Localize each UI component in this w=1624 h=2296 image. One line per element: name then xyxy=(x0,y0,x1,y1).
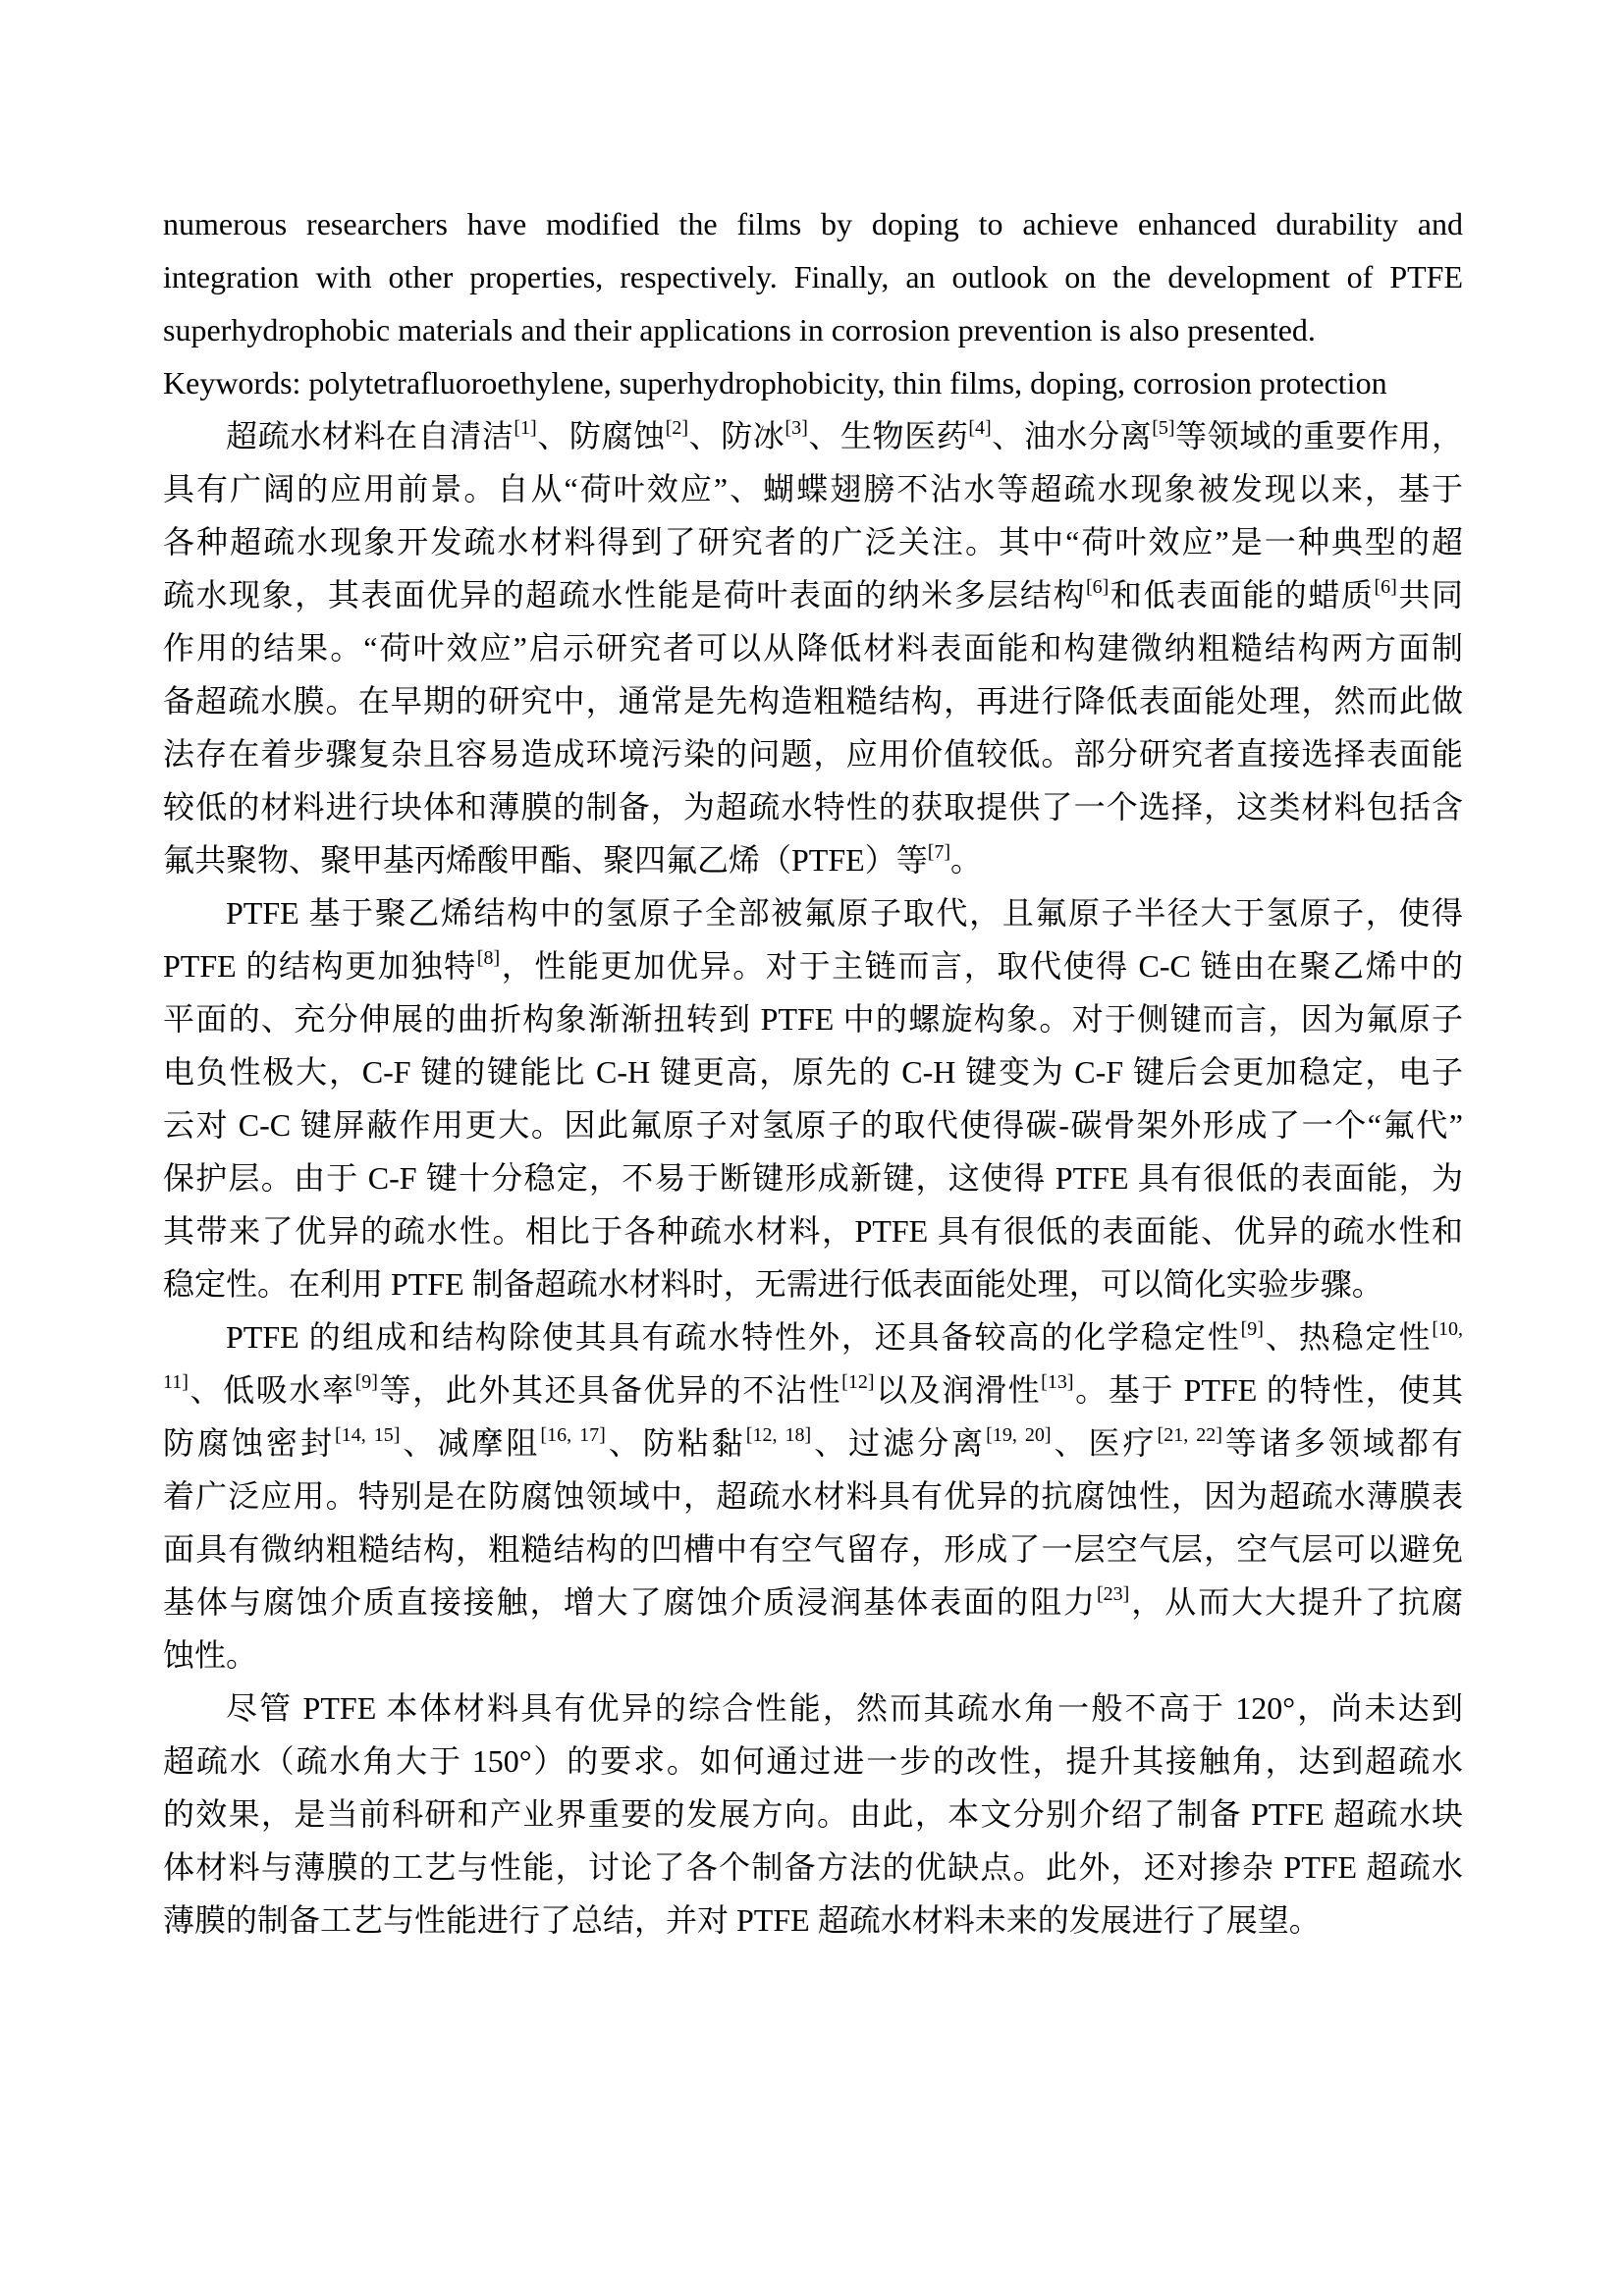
text-line: PTFE 的结构更加独特[8]，性能更加优异。对于主链而言，取代使得 C-C 链… xyxy=(163,939,1463,992)
citation-ref: [19, 20] xyxy=(986,1424,1051,1446)
text-run: 等领域的重要作用， xyxy=(1175,418,1463,454)
text-run: 备超疏水膜。在早期的研究中，通常是先构造粗糙结构，再进行降低表面能处理，然而此做 xyxy=(163,683,1463,719)
text-run: superhydrophobic materials and their app… xyxy=(163,312,1316,347)
citation-ref: [5] xyxy=(1152,417,1174,439)
text-run: 、防腐蚀 xyxy=(537,418,666,454)
text-run: 法存在着步骤复杂且容易造成环境污染的问题，应用价值较低。部分研究者直接选择表面能 xyxy=(163,736,1463,772)
text-run: 超疏水（疏水角大于 150°）的要求。如何通过进一步的改性，提升其接触角，达到超… xyxy=(163,1743,1463,1779)
ptfe-properties-paragraph: PTFE 的组成和结构除使其具有疏水特性外，还具备较高的化学稳定性[9]、热稳定… xyxy=(163,1310,1463,1682)
citation-ref: 11] xyxy=(163,1371,189,1393)
text-run: 保护层。由于 C-F 键十分稳定，不易于断键形成新键，这使得 PTFE 具有很低… xyxy=(163,1160,1463,1196)
text-line: 各种超疏水现象开发疏水材料得到了研究者的广泛关注。其中“荷叶效应”是一种典型的超 xyxy=(163,515,1463,568)
citation-ref: [1] xyxy=(514,417,536,439)
text-run: 以及润滑性 xyxy=(874,1372,1041,1408)
text-run: PTFE 的结构更加独特 xyxy=(163,948,477,984)
text-run: 的效果，是当前科研和产业界重要的发展方向。由此，本文分别介绍了制备 PTFE 超… xyxy=(163,1796,1463,1832)
text-run: 其带来了优异的疏水性。相比于各种疏水材料，PTFE 具有很低的表面能、优异的疏水… xyxy=(163,1213,1463,1249)
text-line: 稳定性。在利用 PTFE 制备超疏水材料时，无需进行低表面能处理，可以简化实验步… xyxy=(163,1257,1463,1310)
text-line: integration with other properties, respe… xyxy=(163,250,1463,303)
text-run: 体材料与薄膜的工艺与性能，讨论了各个制备方法的优缺点。此外，还对掺杂 PTFE … xyxy=(163,1849,1463,1885)
text-run: ，从而大大提升了抗腐 xyxy=(1129,1584,1463,1620)
text-run: 着广泛应用。特别是在防腐蚀领域中，超疏水材料具有优异的抗腐蚀性，因为超疏水薄膜表 xyxy=(163,1478,1463,1514)
text-run: 作用的结果。“荷叶效应”启示研究者可以从降低材料表面能和构建微纳粗糙结构两方面制 xyxy=(163,630,1463,666)
text-line: 具有广阔的应用前景。自从“荷叶效应”、蝴蝶翅膀不沾水等超疏水现象被发现以来，基于 xyxy=(163,462,1463,515)
text-run: 尽管 PTFE 本体材料具有优异的综合性能，然而其疏水角一般不高于 120°，尚… xyxy=(226,1690,1463,1726)
ptfe-structure-paragraph: PTFE 基于聚乙烯结构中的氢原子全部被氟原子取代，且氟原子半径大于氢原子，使得… xyxy=(163,886,1463,1310)
text-run: 较低的材料进行块体和薄膜的制备，为超疏水特性的获取提供了一个选择，这类材料包括含 xyxy=(163,789,1463,825)
text-line: 体材料与薄膜的工艺与性能，讨论了各个制备方法的优缺点。此外，还对掺杂 PTFE … xyxy=(163,1841,1463,1894)
text-line: 防腐蚀密封[14, 15]、减摩阻[16, 17]、防粘黏[12, 18]、过滤… xyxy=(163,1416,1463,1469)
text-run: 。基于 PTFE 的特性，使其 xyxy=(1074,1372,1463,1408)
text-line: 超疏水材料在自清洁[1]、防腐蚀[2]、防冰[3]、生物医药[4]、油水分离[5… xyxy=(163,409,1463,462)
text-run: 云对 C-C 键屏蔽作用更大。因此氟原子对氢原子的取代使得碳-碳骨架外形成了一个… xyxy=(163,1107,1463,1143)
text-run: ，性能更加优异。对于主链而言，取代使得 C-C 链由在聚乙烯中的 xyxy=(500,948,1463,984)
text-run: 、医疗 xyxy=(1052,1425,1158,1461)
text-line: superhydrophobic materials and their app… xyxy=(163,303,1463,356)
text-run: integration with other properties, respe… xyxy=(163,259,1463,294)
intro-paragraph: 超疏水材料在自清洁[1]、防腐蚀[2]、防冰[3]、生物医药[4]、油水分离[5… xyxy=(163,409,1463,886)
text-run: Keywords: polytetrafluoroethylene, super… xyxy=(163,365,1387,400)
text-run: 基体与腐蚀介质直接接触，增大了腐蚀介质浸润基体表面的阻力 xyxy=(163,1584,1097,1620)
text-run: 、防粘黏 xyxy=(606,1425,746,1461)
citation-ref: [3] xyxy=(785,417,807,439)
text-line: 的效果，是当前科研和产业界重要的发展方向。由此，本文分别介绍了制备 PTFE 超… xyxy=(163,1788,1463,1841)
citation-ref: [12] xyxy=(841,1371,874,1393)
outlook-paragraph: 尽管 PTFE 本体材料具有优异的综合性能，然而其疏水角一般不高于 120°，尚… xyxy=(163,1682,1463,1947)
text-run: 氟共聚物、聚甲基丙烯酸甲酯、聚四氟乙烯（PTFE）等 xyxy=(163,842,928,878)
citation-ref: [10, xyxy=(1432,1318,1463,1340)
text-run: 共同 xyxy=(1397,577,1463,613)
text-line: 尽管 PTFE 本体材料具有优异的综合性能，然而其疏水角一般不高于 120°，尚… xyxy=(163,1682,1463,1735)
text-run: 、过滤分离 xyxy=(811,1425,986,1461)
citation-ref: [14, 15] xyxy=(335,1424,400,1446)
citation-ref: [16, 17] xyxy=(540,1424,605,1446)
abstract-tail-paragraph: numerous researchers have modified the f… xyxy=(163,197,1463,356)
citation-ref: [6] xyxy=(1375,576,1397,598)
document-page: numerous researchers have modified the f… xyxy=(0,0,1624,2296)
text-line: Keywords: polytetrafluoroethylene, super… xyxy=(163,356,1463,409)
text-run: 稳定性。在利用 PTFE 制备超疏水材料时，无需进行低表面能处理，可以简化实验步… xyxy=(163,1266,1383,1302)
text-run: PTFE 基于聚乙烯结构中的氢原子全部被氟原子取代，且氟原子半径大于氢原子，使得 xyxy=(226,895,1463,931)
text-line: PTFE 基于聚乙烯结构中的氢原子全部被氟原子取代，且氟原子半径大于氢原子，使得 xyxy=(163,886,1463,939)
text-run: 、油水分离 xyxy=(992,418,1153,454)
text-line: 11]、低吸水率[9]等，此外其还具备优异的不沾性[12]以及润滑性[13]。基… xyxy=(163,1363,1463,1416)
text-run: 薄膜的制备工艺与性能进行了总结，并对 PTFE 超疏水材料未来的发展进行了展望。 xyxy=(163,1902,1321,1938)
text-run: 蚀性。 xyxy=(163,1637,257,1673)
text-run: 、防冰 xyxy=(688,418,785,454)
text-line: 蚀性。 xyxy=(163,1629,1463,1682)
citation-ref: [9] xyxy=(1241,1318,1264,1340)
text-run: 。 xyxy=(950,842,982,878)
text-line: 面具有微纳粗糙结构，粗糙结构的凹槽中有空气留存，形成了一层空气层，空气层可以避免 xyxy=(163,1522,1463,1575)
citation-ref: [13] xyxy=(1041,1371,1073,1393)
text-run: numerous researchers have modified the f… xyxy=(163,206,1463,241)
text-line: PTFE 的组成和结构除使其具有疏水特性外，还具备较高的化学稳定性[9]、热稳定… xyxy=(163,1310,1463,1363)
text-run: 等诸多领域都有 xyxy=(1222,1425,1463,1461)
text-run: 防腐蚀密封 xyxy=(163,1425,335,1461)
text-run: 、生物医药 xyxy=(808,418,969,454)
text-line: 着广泛应用。特别是在防腐蚀领域中，超疏水材料具有优异的抗腐蚀性，因为超疏水薄膜表 xyxy=(163,1469,1463,1522)
page-content: numerous researchers have modified the f… xyxy=(163,197,1463,1947)
citation-ref: [21, 22] xyxy=(1158,1424,1222,1446)
text-line: 法存在着步骤复杂且容易造成环境污染的问题，应用价值较低。部分研究者直接选择表面能 xyxy=(163,727,1463,780)
text-line: 氟共聚物、聚甲基丙烯酸甲酯、聚四氟乙烯（PTFE）等[7]。 xyxy=(163,833,1463,886)
citation-ref: [23] xyxy=(1097,1583,1129,1605)
text-run: 面具有微纳粗糙结构，粗糙结构的凹槽中有空气留存，形成了一层空气层，空气层可以避免 xyxy=(163,1531,1463,1567)
text-run: 电负性极大，C-F 键的键能比 C-H 键更高，原先的 C-H 键变为 C-F … xyxy=(163,1054,1463,1090)
keywords-line: Keywords: polytetrafluoroethylene, super… xyxy=(163,356,1463,409)
citation-ref: [12, 18] xyxy=(746,1424,811,1446)
text-line: numerous researchers have modified the f… xyxy=(163,197,1463,250)
citation-ref: [7] xyxy=(928,841,950,863)
citation-ref: [2] xyxy=(666,417,688,439)
text-line: 电负性极大，C-F 键的键能比 C-H 键更高，原先的 C-H 键变为 C-F … xyxy=(163,1045,1463,1098)
text-run: 超疏水材料在自清洁 xyxy=(226,418,514,454)
text-run: 等，此外其还具备优异的不沾性 xyxy=(378,1372,841,1408)
text-run: PTFE 的组成和结构除使其具有疏水特性外，还具备较高的化学稳定性 xyxy=(226,1319,1241,1355)
text-line: 疏水现象，其表面优异的超疏水性能是荷叶表面的纳米多层结构[6]和低表面能的蜡质[… xyxy=(163,568,1463,621)
text-line: 较低的材料进行块体和薄膜的制备，为超疏水特性的获取提供了一个选择，这类材料包括含 xyxy=(163,780,1463,833)
text-line: 平面的、充分伸展的曲折构象渐渐扭转到 PTFE 中的螺旋构象。对于侧键而言，因为… xyxy=(163,992,1463,1045)
text-line: 保护层。由于 C-F 键十分稳定，不易于断键形成新键，这使得 PTFE 具有很低… xyxy=(163,1151,1463,1204)
citation-ref: [9] xyxy=(355,1371,378,1393)
text-line: 备超疏水膜。在早期的研究中，通常是先构造粗糙结构，再进行降低表面能处理，然而此做 xyxy=(163,674,1463,727)
citation-ref: [4] xyxy=(968,417,991,439)
text-run: 各种超疏水现象开发疏水材料得到了研究者的广泛关注。其中“荷叶效应”是一种典型的超 xyxy=(163,524,1463,560)
text-run: 、减摩阻 xyxy=(400,1425,540,1461)
text-line: 作用的结果。“荷叶效应”启示研究者可以从降低材料表面能和构建微纳粗糙结构两方面制 xyxy=(163,621,1463,674)
text-run: 、低吸水率 xyxy=(189,1372,355,1408)
text-run: 、热稳定性 xyxy=(1264,1319,1432,1355)
text-run: 具有广阔的应用前景。自从“荷叶效应”、蝴蝶翅膀不沾水等超疏水现象被发现以来，基于 xyxy=(163,471,1463,507)
text-line: 其带来了优异的疏水性。相比于各种疏水材料，PTFE 具有很低的表面能、优异的疏水… xyxy=(163,1204,1463,1257)
text-run: 疏水现象，其表面优异的超疏水性能是荷叶表面的纳米多层结构 xyxy=(163,577,1086,613)
text-line: 基体与腐蚀介质直接接触，增大了腐蚀介质浸润基体表面的阻力[23]，从而大大提升了… xyxy=(163,1575,1463,1629)
citation-ref: [6] xyxy=(1086,576,1109,598)
text-line: 超疏水（疏水角大于 150°）的要求。如何通过进一步的改性，提升其接触角，达到超… xyxy=(163,1735,1463,1788)
text-run: 和低表面能的蜡质 xyxy=(1109,577,1374,613)
citation-ref: [8] xyxy=(477,947,500,969)
text-run: 平面的、充分伸展的曲折构象渐渐扭转到 PTFE 中的螺旋构象。对于侧键而言，因为… xyxy=(163,1001,1463,1037)
text-line: 云对 C-C 键屏蔽作用更大。因此氟原子对氢原子的取代使得碳-碳骨架外形成了一个… xyxy=(163,1098,1463,1151)
text-line: 薄膜的制备工艺与性能进行了总结，并对 PTFE 超疏水材料未来的发展进行了展望。 xyxy=(163,1894,1463,1947)
